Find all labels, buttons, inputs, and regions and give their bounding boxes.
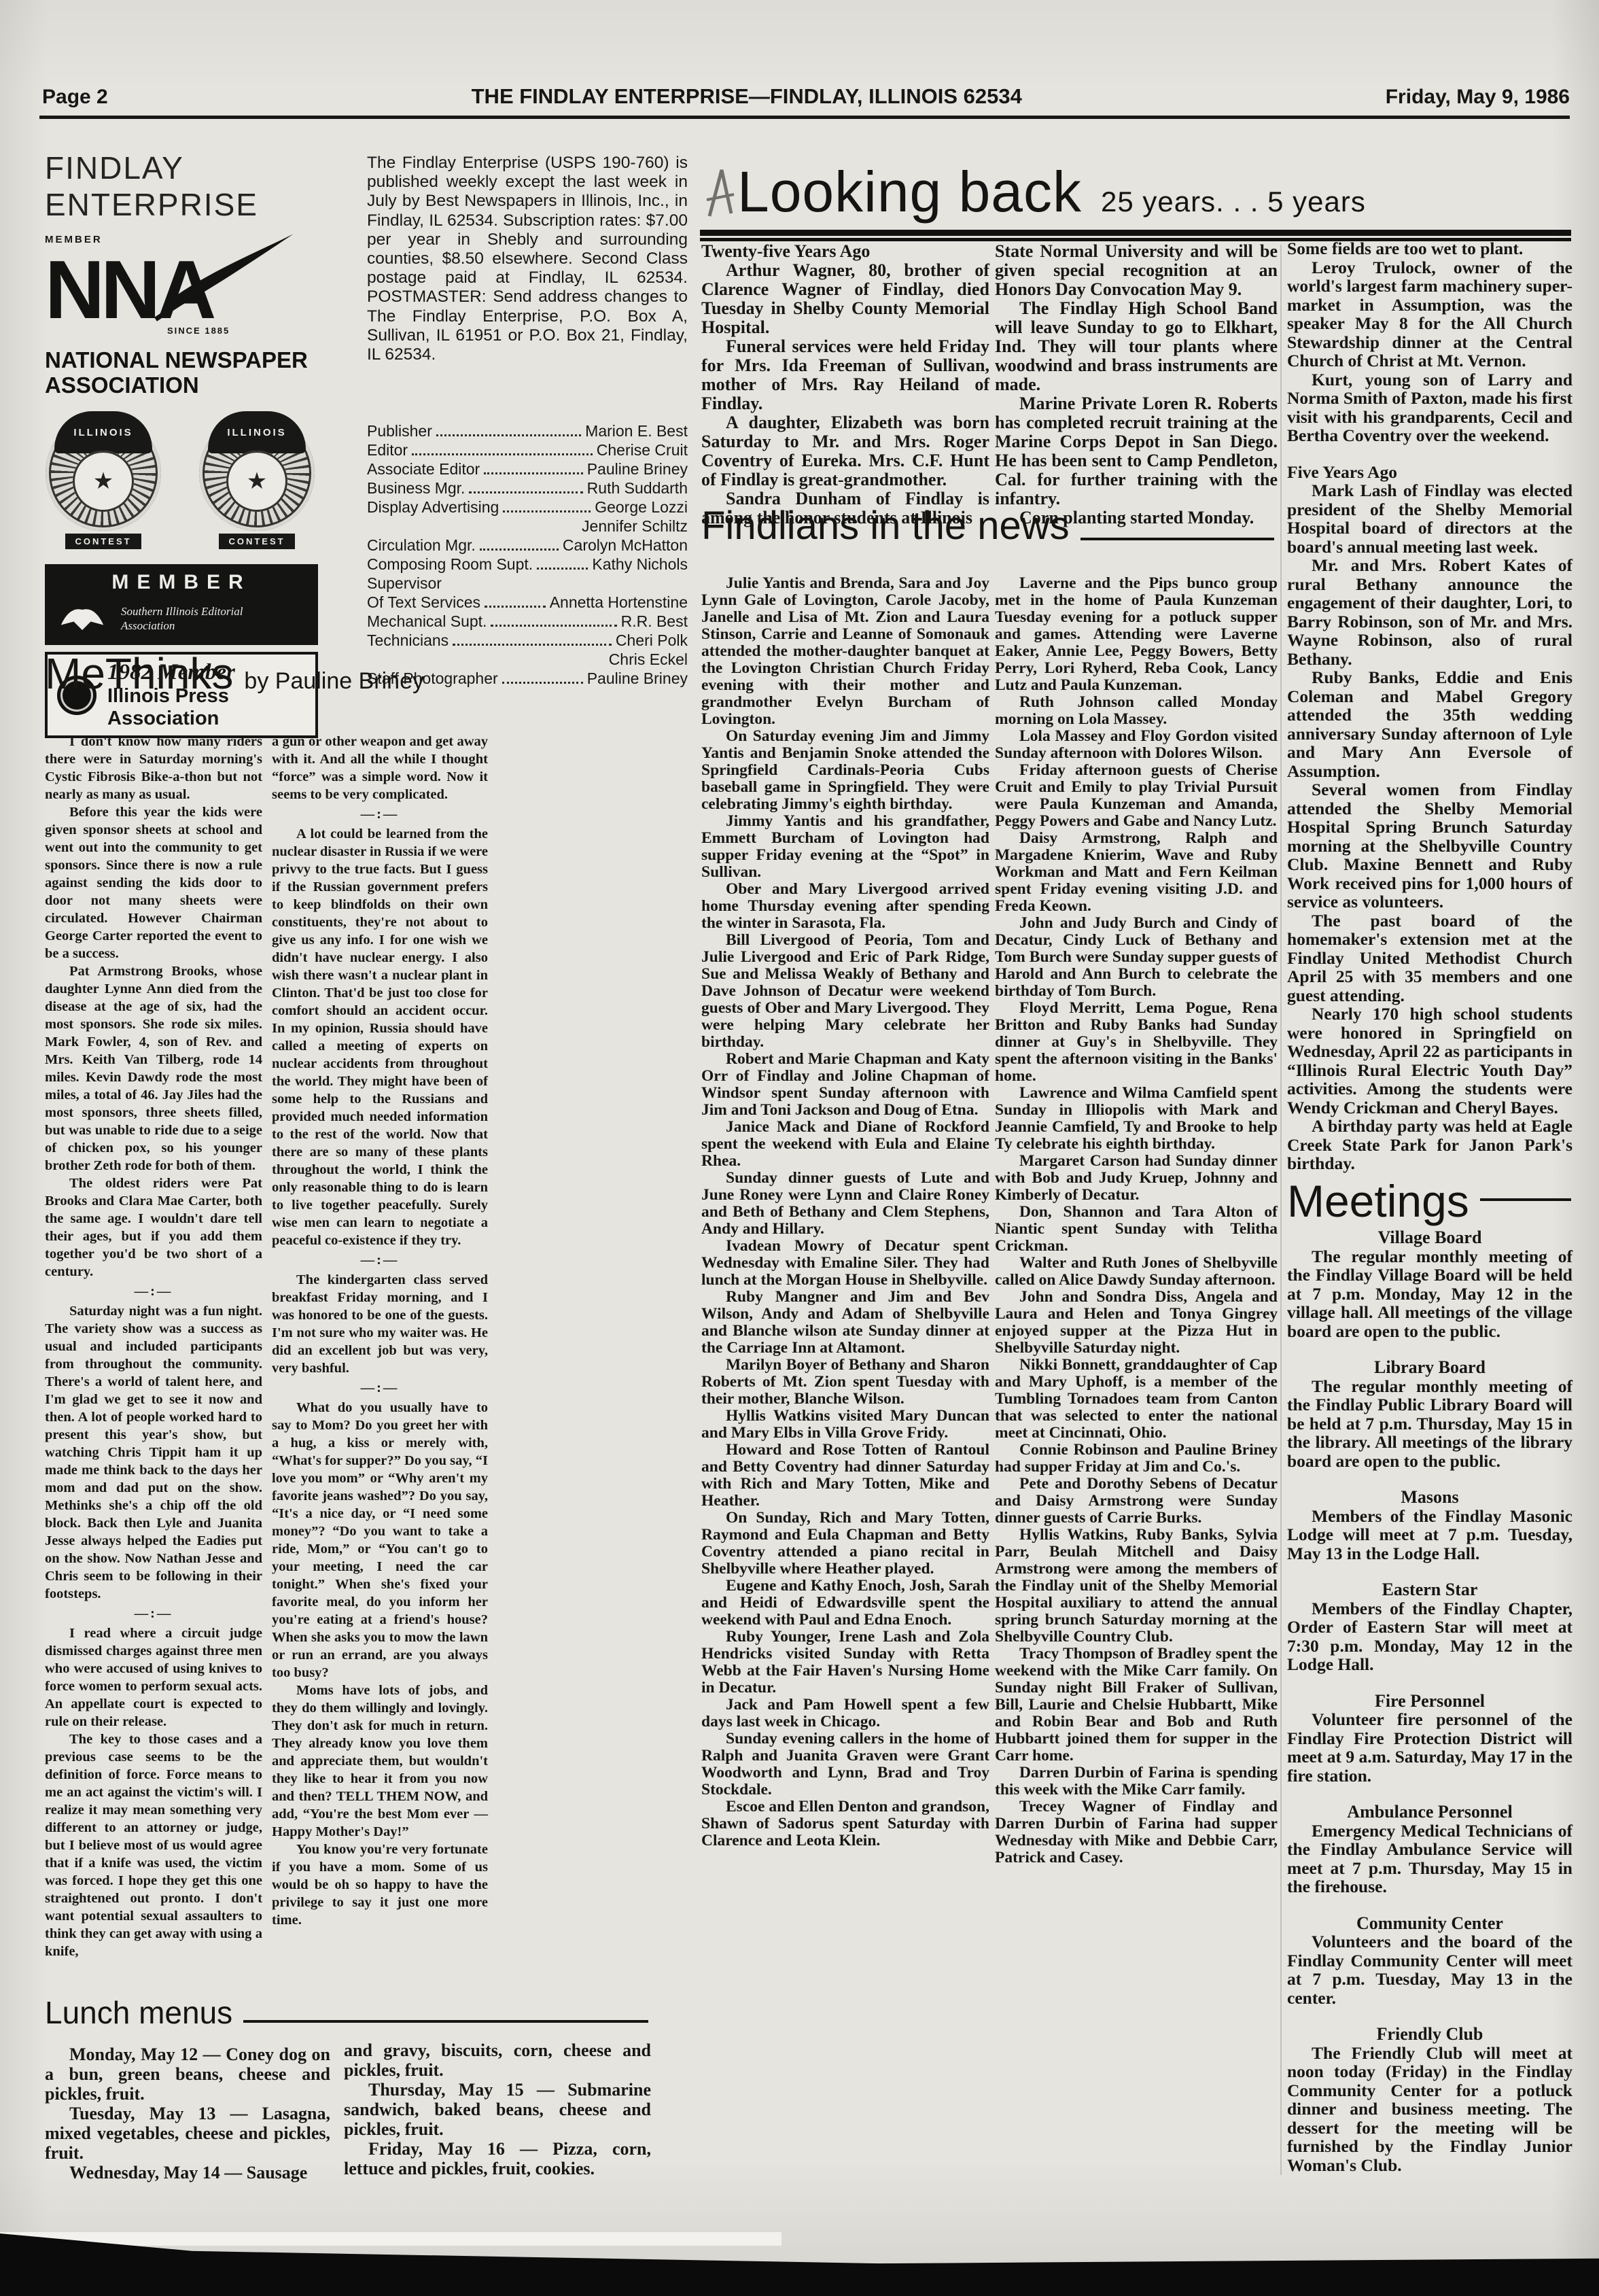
meeting-text: The regular monthly meeting of the Findl… — [1287, 1247, 1572, 1341]
paragraph: Moms have lots of jobs, and they do them… — [272, 1682, 488, 1841]
paragraph: Janice Mack and Diane of Rockford spent … — [701, 1119, 989, 1170]
staff-row: Supervisor — [367, 574, 688, 593]
paragraph: The Findlay High School Band will leave … — [995, 299, 1278, 394]
paragraph: Daisy Armstrong, Ralph and Margadene Kni… — [995, 830, 1278, 915]
dot-leader — [480, 549, 559, 551]
meeting-title: Ambulance Personnel — [1287, 1803, 1572, 1822]
paragraph: Five Years Ago — [1287, 463, 1572, 482]
dot-leader — [412, 453, 593, 455]
staff-row: Jennifer Schiltz — [367, 517, 688, 536]
paragraph: State Normal University and will be give… — [995, 242, 1278, 299]
paragraph: Darren Durbin of Farina is spending this… — [995, 1764, 1278, 1798]
eagle-icon — [56, 599, 109, 637]
paragraph: Nearly 170 high school students were hon… — [1287, 1005, 1572, 1117]
meeting-item: Community Center Volunteers and the boar… — [1287, 1914, 1572, 2008]
paragraph: —:— — [272, 1251, 488, 1269]
paragraph: Hyllis Watkins visited Mary Duncan and M… — [701, 1408, 989, 1442]
looking-back-col-1: Twenty-five Years AgoArthur Wagner, 80, … — [701, 242, 989, 527]
staff-name: Chris Eckel — [609, 650, 688, 669]
issue-date: Friday, May 9, 1986 — [1386, 86, 1570, 109]
meeting-title: Masons — [1287, 1488, 1572, 1507]
staff-role: Supervisor — [367, 574, 442, 593]
paragraph: Mr. and Mrs. Robert Kates of rural Betha… — [1287, 556, 1572, 668]
dot-leader — [453, 644, 612, 646]
meeting-text: Emergency Medical Technicians of the Fin… — [1287, 1822, 1572, 1896]
paragraph: Hyllis Watkins, Ruby Banks, Sylvia Parr,… — [995, 1527, 1278, 1646]
paragraph: Floyd Merritt, Lema Pogue, Rena Britton … — [995, 1000, 1278, 1085]
meeting-item: Library Board The regular monthly meetin… — [1287, 1358, 1572, 1470]
staff-name: Cherise Cruit — [597, 440, 688, 459]
meeting-text: Members of the Findlay Chapter, Order of… — [1287, 1599, 1572, 1674]
staff-role: Mechanical Supt. — [367, 612, 487, 631]
masthead-info: The Findlay Enterprise (USPS 190-760) is… — [367, 154, 688, 688]
lunch-col-2: and gravy, biscuits, corn, cheese and pi… — [344, 2040, 651, 2178]
staff-row: Editor Cherise Cruit — [367, 440, 688, 459]
staff-name: George Lozzi — [595, 498, 688, 517]
nna-logo: NNA SINCE 1885 — [45, 245, 352, 342]
paragraph: Thursday, May 15 — Submarine sandwich, b… — [344, 2080, 651, 2139]
paragraph: Wednesday, May 14 — Sausage — [45, 2163, 330, 2182]
right-column: Some fields are too wet to plant.Leroy T… — [1287, 239, 1572, 2174]
section-subtitle: 25 years. . . 5 years — [1101, 186, 1366, 218]
pencil-mark-icon — [704, 166, 739, 222]
paragraph: Connie Robinson and Pauline Briney had s… — [995, 1442, 1278, 1476]
staff-name: Jennifer Schiltz — [582, 517, 688, 536]
paragraph: Escoe and Ellen Denton and grandson, Sha… — [701, 1798, 989, 1849]
paragraph: Jimmy Yantis and his grandfather, Emmett… — [701, 813, 989, 881]
staff-role: Business Mgr. — [367, 479, 465, 498]
badge-left: ILLINOIS ★ CONTEST — [45, 415, 162, 549]
meeting-text: The Friendly Club will meet at noon toda… — [1287, 2044, 1572, 2175]
meeting-title: Village Board — [1287, 1228, 1572, 1247]
meeting-text: Members of the Findlay Masonic Lodge wil… — [1287, 1507, 1572, 1563]
staff-row: Associate Editor Pauline Briney — [367, 459, 688, 479]
paragraph: Some fields are too wet to plant. — [1287, 239, 1572, 258]
meeting-item: Fire Personnel Volunteer fire personnel … — [1287, 1692, 1572, 1786]
paragraph: —:— — [45, 1605, 262, 1622]
staff-name: Ruth Suddarth — [587, 479, 688, 498]
badge-banner: ILLINOIS — [208, 411, 306, 453]
publication-statement: The Findlay Enterprise (USPS 190-760) is… — [367, 154, 688, 364]
methinks-col-1: I don't know how many riders there were … — [45, 733, 262, 1960]
header-rule — [243, 2020, 648, 2023]
meeting-title: Friendly Club — [1287, 2025, 1572, 2044]
eagle-icon: ★ — [226, 451, 287, 512]
staff-row: Technicians Cheri Polk — [367, 631, 688, 650]
paragraph: Ober and Mary Livergood arrived home Thu… — [701, 881, 989, 932]
staff-name: Kathy Nichols — [592, 555, 688, 574]
staff-row: Composing Room Supt. Kathy Nichols — [367, 555, 688, 574]
dot-leader — [484, 472, 582, 474]
paragraph: Robert and Marie Chapman and Katy Orr of… — [701, 1051, 989, 1119]
staff-row: Of Text Services Annetta Hortenstine — [367, 593, 688, 612]
paragraph: Ruby Younger, Irene Lash and Zola Hendri… — [701, 1629, 989, 1697]
meeting-text: Volunteer fire personnel of the Findlay … — [1287, 1710, 1572, 1785]
paragraph: Lawrence and Wilma Camfield spent Sunday… — [995, 1085, 1278, 1153]
staff-name: Marion E. Best — [585, 421, 688, 440]
paragraph: The kindergarten class served breakfast … — [272, 1271, 488, 1377]
badge-right: ILLINOIS ★ CONTEST — [198, 415, 315, 549]
newspaper-page: Page 2 THE FINDLAY ENTERPRISE—FINDLAY, I… — [0, 0, 1599, 2296]
paragraph: Jack and Pam Howell spent a few days las… — [701, 1697, 989, 1730]
paragraph: Twenty-five Years Ago — [701, 242, 989, 261]
methinks-header: MeThinks by Pauline Briney — [45, 648, 424, 699]
nna-association-line1: NATIONAL NEWSPAPER — [45, 347, 352, 372]
paragraph: You know you're very fortunate if you ha… — [272, 1841, 488, 1929]
meeting-item: Masons Members of the Findlay Masonic Lo… — [1287, 1488, 1572, 1563]
paragraph: Howard and Rose Totten of Rantoul and Be… — [701, 1442, 989, 1510]
paragraph: Arthur Wagner, 80, brother of Clarence W… — [701, 261, 989, 337]
eagle-icon: ★ — [73, 451, 134, 512]
paragraph: Marine Private Loren R. Roberts has comp… — [995, 394, 1278, 508]
paragraph: —:— — [272, 1379, 488, 1397]
nna-association-line2: ASSOCIATION — [45, 372, 352, 398]
eagle-badge-icon: ILLINOIS ★ — [46, 415, 161, 531]
meeting-title: Community Center — [1287, 1914, 1572, 1933]
meeting-text: Volunteers and the board of the Findlay … — [1287, 1932, 1572, 2007]
paragraph: Ruby Mangner and Jim and Bev Wilson, And… — [701, 1289, 989, 1357]
meeting-item: Friendly Club The Friendly Club will mee… — [1287, 2025, 1572, 2174]
staff-role: Editor — [367, 440, 408, 459]
header-rule — [1080, 538, 1274, 540]
paragraph: A birthday party was held at Eagle Creek… — [1287, 1117, 1572, 1173]
page-header: Page 2 THE FINDLAY ENTERPRISE—FINDLAY, I… — [42, 84, 1570, 109]
paragraph: Trecey Wagner of Findlay and Darren Durb… — [995, 1798, 1278, 1866]
newspaper-title: THE FINDLAY ENTERPRISE—FINDLAY, ILLINOIS… — [472, 84, 1022, 109]
section-title: Findlians in the news — [701, 503, 1070, 549]
meeting-title: Eastern Star — [1287, 1580, 1572, 1599]
findlians-header: Findlians in the news — [701, 503, 1276, 549]
paragraph: Margaret Carson had Sunday dinner with B… — [995, 1153, 1278, 1204]
paragraph: Eugene and Kathy Enoch, Josh, Sarah and … — [701, 1578, 989, 1629]
scan-light-strip — [0, 2232, 781, 2246]
header-rule — [1480, 1198, 1571, 1201]
paragraph: John and Sondra Diss, Angela and Laura a… — [995, 1289, 1278, 1357]
staff-role: Composing Room Supt. — [367, 555, 533, 574]
paragraph: I read where a circuit judge dismissed c… — [45, 1624, 262, 1730]
staff-role: Publisher — [367, 421, 432, 440]
byline: by Pauline Briney — [244, 668, 424, 695]
staff-row: Mechanical Supt. R.R. Best — [367, 612, 688, 631]
paragraph: On Sunday, Rich and Mary Totten, Raymond… — [701, 1510, 989, 1578]
member-box-title: MEMBER — [56, 571, 307, 594]
methinks-col-2: a gun or other weapon and get away with … — [272, 733, 488, 1929]
paragraph: Walter and Ruth Jones of Shelbyville cal… — [995, 1255, 1278, 1289]
staff-name: Annetta Hortenstine — [550, 593, 688, 612]
dot-leader — [503, 510, 591, 512]
paragraph: Ruth Johnson called Monday morning on Lo… — [995, 694, 1278, 728]
paragraph: Bill Livergood of Peoria, Tom and Julie … — [701, 932, 989, 1051]
staff-role: Of Text Services — [367, 593, 480, 612]
column-rule — [1280, 245, 1282, 2175]
staff-name: Carolyn McHatton — [563, 536, 688, 555]
paragraph: Tracy Thompson of Bradley spent the week… — [995, 1646, 1278, 1764]
header-rule — [39, 116, 1570, 119]
paragraph: Kurt, young son of Larry and Norma Smith… — [1287, 370, 1572, 445]
staff-row: Display Advertising George Lozzi — [367, 498, 688, 517]
section-title: Looking back — [737, 159, 1082, 225]
paragraph: Julie Yantis and Brenda, Sara and Joy Ly… — [701, 575, 989, 728]
badge-ribbon: CONTEST — [65, 534, 141, 549]
paragraph: Ivadean Mowry of Decatur spent Wednesday… — [701, 1238, 989, 1289]
paragraph: Mark Lash of Findlay was elected preside… — [1287, 481, 1572, 556]
dot-leader — [491, 625, 616, 627]
paragraph: Funeral services were held Friday for Mr… — [701, 337, 989, 413]
section-title: Meetings — [1287, 1192, 1469, 1211]
section-title: MeThinks — [45, 648, 233, 699]
paragraph: —:— — [272, 805, 488, 823]
paragraph: Don, Shannon and Tara Alton of Niantic s… — [995, 1204, 1278, 1255]
staff-name: Pauline Briney — [587, 669, 688, 688]
paragraph: The key to those cases and a previous ca… — [45, 1730, 262, 1960]
paragraph: Pat Armstrong Brooks, whose daughter Lyn… — [45, 962, 262, 1175]
meetings-header: Meetings — [1287, 1192, 1572, 1211]
paragraph: John and Judy Burch and Cindy of Decatur… — [995, 915, 1278, 1000]
staff-row: Publisher Marion E. Best — [367, 421, 688, 440]
paragraph: The past board of the homemaker's extens… — [1287, 911, 1572, 1005]
paragraph: Monday, May 12 — Coney dog on a bun, gre… — [45, 2045, 330, 2104]
paragraph: Leroy Trulock, owner of the world's larg… — [1287, 258, 1572, 370]
paragraph: Ruby Banks, Eddie and Enis Coleman and M… — [1287, 668, 1572, 780]
paragraph: Sunday dinner guests of Lute and June Ro… — [701, 1170, 989, 1238]
badge-banner: ILLINOIS — [54, 411, 152, 453]
lunch-menus-header: Lunch menus — [45, 1994, 650, 2031]
paragraph: The oldest riders were Pat Brooks and Cl… — [45, 1175, 262, 1281]
findlians-col-1: Julie Yantis and Brenda, Sara and Joy Ly… — [701, 575, 989, 1849]
meeting-title: Library Board — [1287, 1358, 1572, 1377]
staff-role: Associate Editor — [367, 459, 480, 479]
paragraph: On Saturday evening Jim and Jimmy Yantis… — [701, 728, 989, 813]
staff-name: R.R. Best — [621, 612, 688, 631]
staff-role: Circulation Mgr. — [367, 536, 476, 555]
paragraph: A daughter, Elizabeth was born Saturday … — [701, 413, 989, 489]
meeting-item: Ambulance Personnel Emergency Medical Te… — [1287, 1803, 1572, 1896]
staff-row: Business Mgr. Ruth Suddarth — [367, 479, 688, 498]
staff-role: Technicians — [367, 631, 449, 650]
paragraph: Lola Massey and Floy Gordon visited Sund… — [995, 728, 1278, 762]
paragraph: A lot could be learned from the nuclear … — [272, 825, 488, 1249]
paragraph: Saturday night was a fun night. The vari… — [45, 1302, 262, 1603]
paragraph: Tuesday, May 13 — Lasagna, mixed vegetab… — [45, 2104, 330, 2163]
paragraph: Friday, May 16 — Pizza, corn, lettuce an… — [344, 2139, 651, 2178]
nna-since-label: SINCE 1885 — [167, 326, 230, 336]
paragraph: Before this year the kids were given spo… — [45, 803, 262, 962]
paragraph: Sunday evening callers in the home of Ra… — [701, 1730, 989, 1798]
findlians-col-2: Laverne and the Pips bunco group met in … — [995, 575, 1278, 1866]
paragraph: Several women from Findlay attended the … — [1287, 780, 1572, 911]
paragraph: —:— — [45, 1283, 262, 1300]
looking-back-col-3: Some fields are too wet to plant.Leroy T… — [1287, 239, 1572, 1173]
member-box: MEMBER Southern Illinois Editorial Assoc… — [45, 564, 318, 645]
looking-back-col-2: State Normal University and will be give… — [995, 242, 1278, 527]
meeting-item: Village Board The regular monthly meetin… — [1287, 1228, 1572, 1340]
paragraph: I don't know how many riders there were … — [45, 733, 262, 803]
dot-leader — [469, 491, 582, 493]
paragraph: and gravy, biscuits, corn, cheese and pi… — [344, 2040, 651, 2080]
dot-leader — [502, 682, 583, 684]
award-badges: ILLINOIS ★ CONTEST ILLINOIS ★ CONTEST — [45, 415, 352, 549]
paragraph: Nikki Bonnett, granddaughter of Cap and … — [995, 1357, 1278, 1442]
eagle-badge-icon: ILLINOIS ★ — [199, 415, 315, 531]
dot-leader — [485, 606, 546, 608]
meetings-list: Village Board The regular monthly meetin… — [1287, 1228, 1572, 2174]
staff-role: Display Advertising — [367, 498, 499, 517]
meeting-item: Eastern Star Members of the Findlay Chap… — [1287, 1580, 1572, 1674]
paragraph: What do you usually have to say to Mom? … — [272, 1399, 488, 1682]
page-number: Page 2 — [42, 86, 108, 109]
meeting-text: The regular monthly meeting of the Findl… — [1287, 1377, 1572, 1471]
lunch-col-1: Monday, May 12 — Coney dog on a bun, gre… — [45, 2045, 330, 2182]
staff-row: Circulation Mgr. Carolyn McHatton — [367, 536, 688, 555]
nna-association-name: NATIONAL NEWSPAPER ASSOCIATION — [45, 347, 352, 398]
masthead-paper-name: FINDLAY ENTERPRISE — [45, 150, 352, 223]
paragraph: Friday afternoon guests of Cherise Cruit… — [995, 762, 1278, 830]
paragraph: Pete and Dorothy Sebens of Decatur and D… — [995, 1476, 1278, 1527]
dot-leader — [436, 434, 581, 436]
staff-name: Cheri Polk — [616, 631, 688, 650]
paragraph: Marilyn Boyer of Bethany and Sharon Robe… — [701, 1357, 989, 1408]
section-title: Lunch menus — [45, 1994, 232, 2031]
looking-back-header: Looking back 25 years. . . 5 years — [737, 159, 1366, 225]
staff-name: Pauline Briney — [587, 459, 688, 479]
member-box-subtitle: Southern Illinois Editorial Association — [121, 604, 270, 633]
badge-ribbon: CONTEST — [219, 534, 294, 549]
paragraph: a gun or other weapon and get away with … — [272, 733, 488, 803]
paragraph: Laverne and the Pips bunco group met in … — [995, 575, 1278, 694]
dot-leader — [537, 568, 588, 570]
meeting-title: Fire Personnel — [1287, 1692, 1572, 1711]
